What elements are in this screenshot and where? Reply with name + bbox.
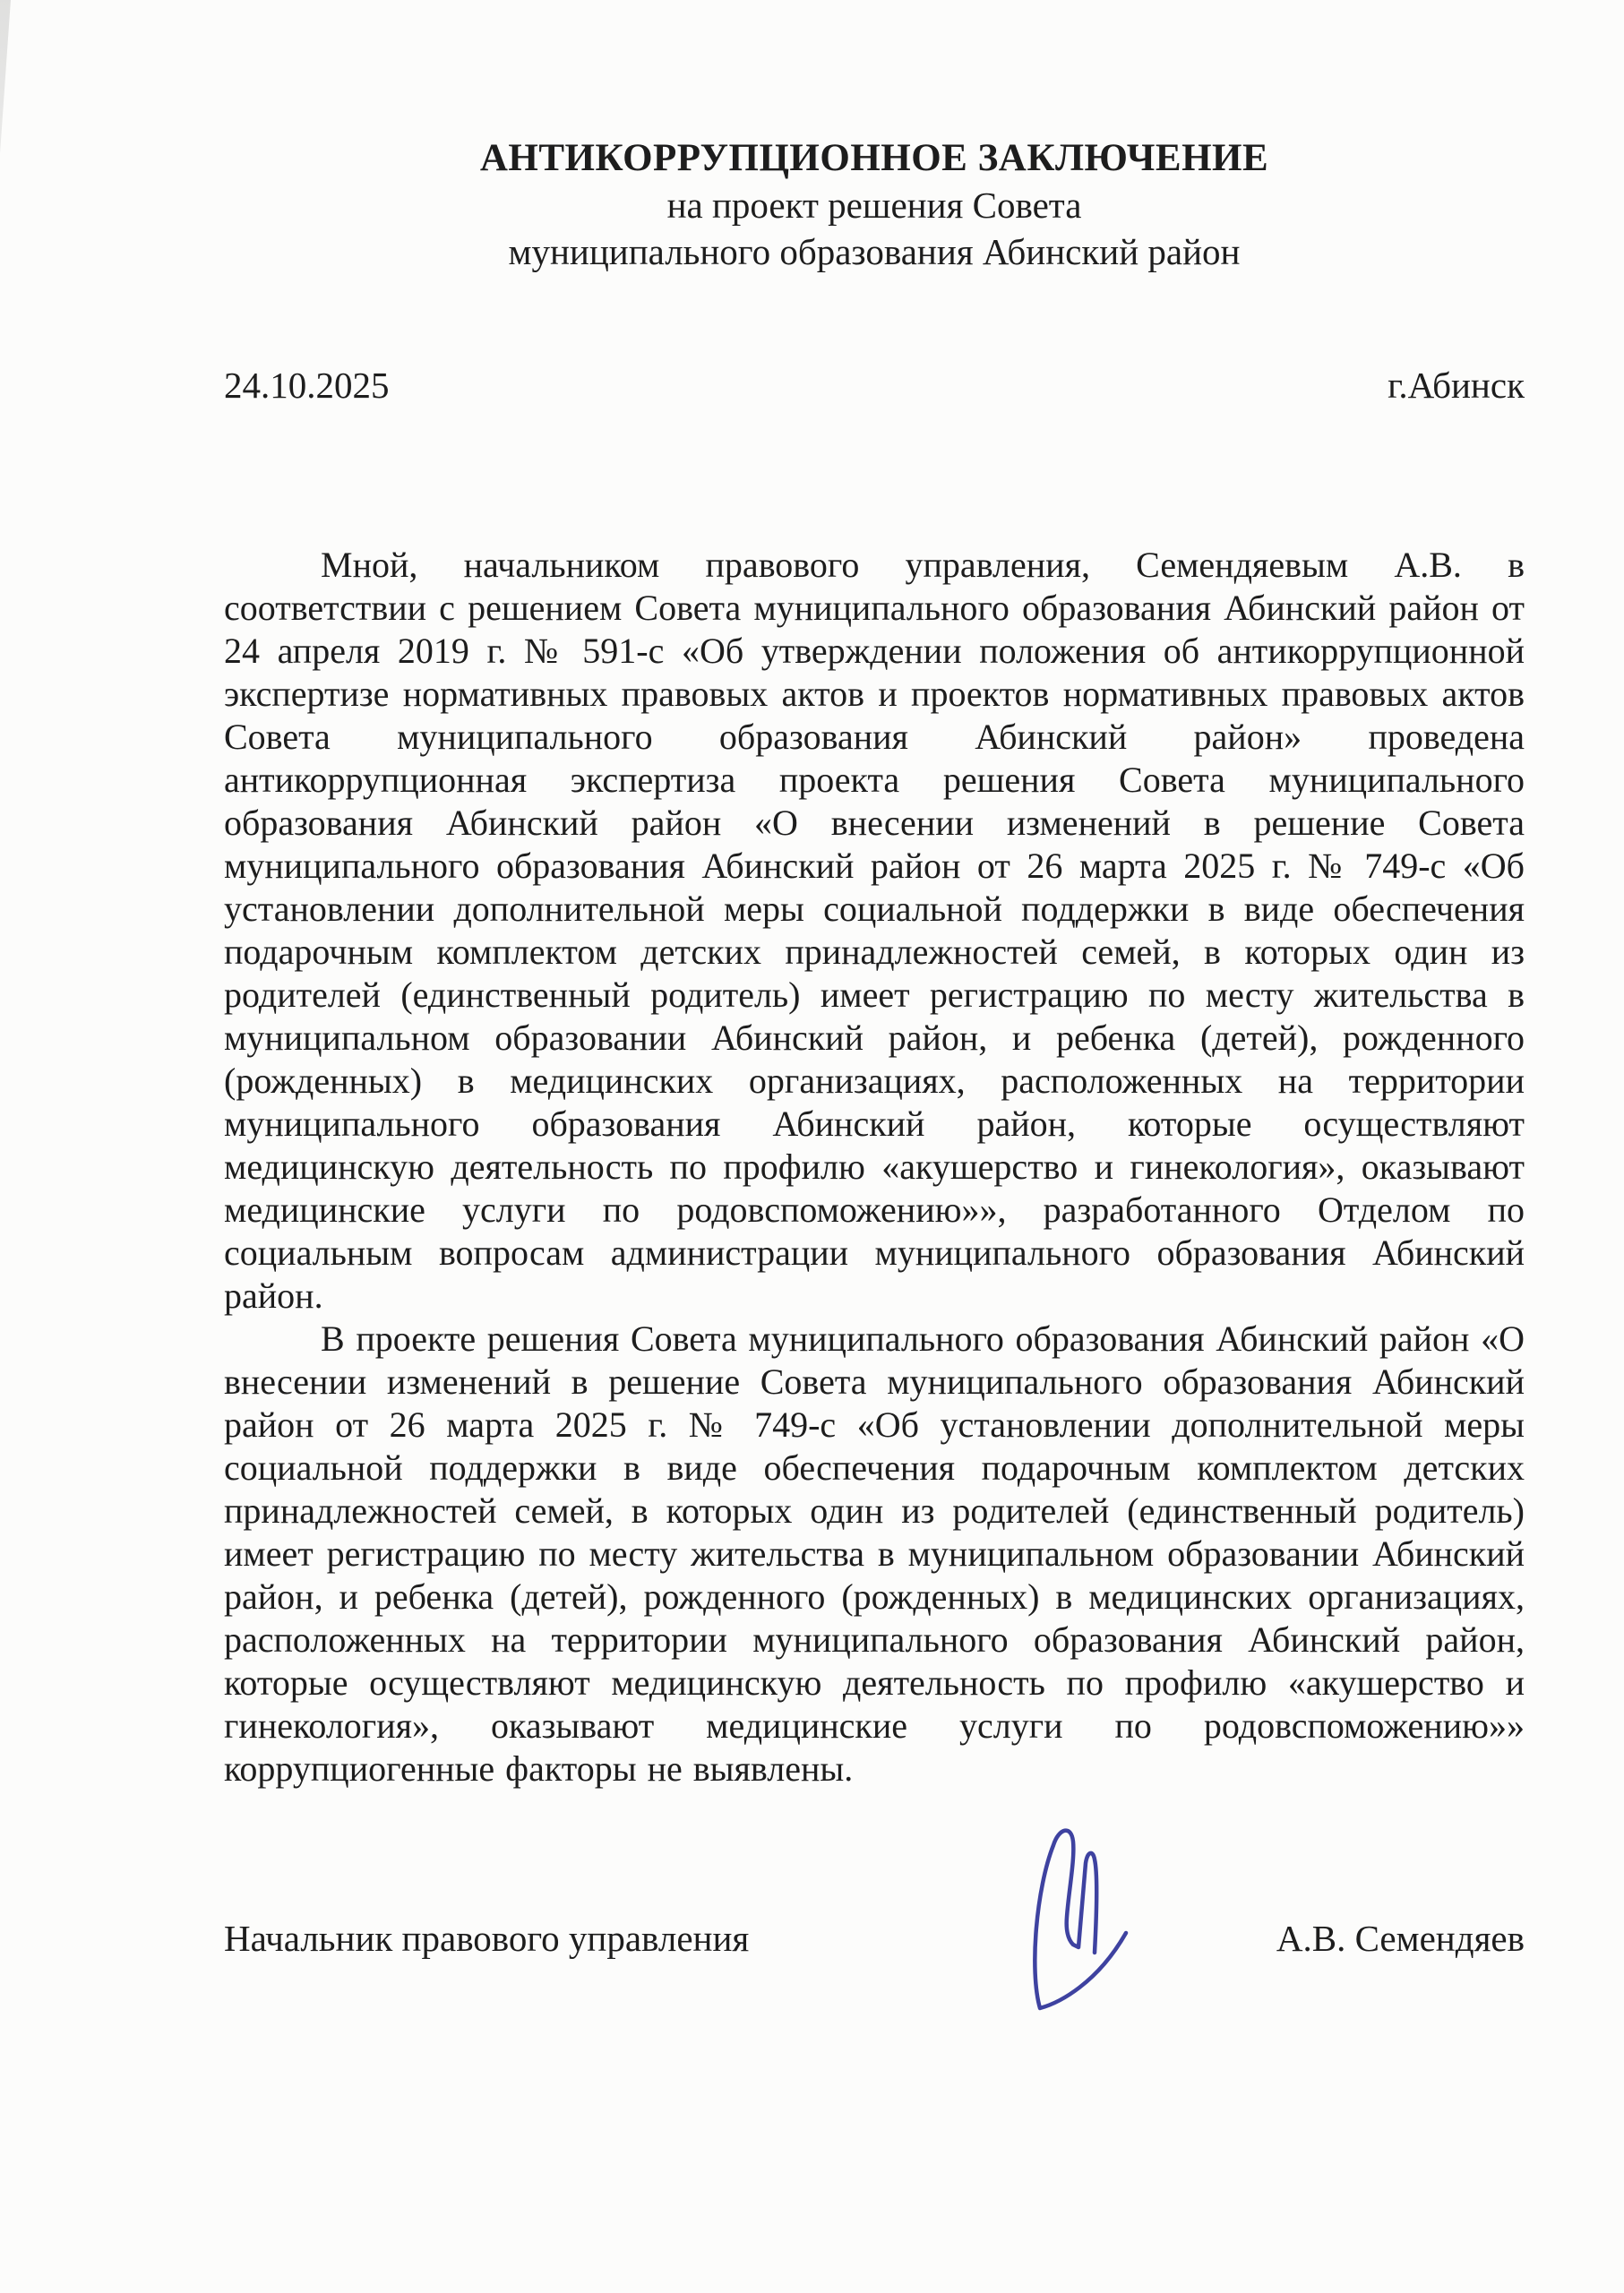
doc-place: г.Абинск — [1388, 364, 1525, 407]
doc-date: 24.10.2025 — [224, 364, 390, 407]
body-paragraph: В проекте решения Совета муниципального … — [224, 1318, 1525, 1791]
doc-title-line3: муниципального образования Абинский райо… — [224, 228, 1525, 275]
document-page: АНТИКОРРУПЦИОННОЕ ЗАКЛЮЧЕНИЕ на проект р… — [0, 0, 1624, 2293]
signature-row: Начальник правового управления А.В. Семе… — [224, 1917, 1525, 1960]
body-paragraph: Мной, начальником правового управления, … — [224, 544, 1525, 1318]
doc-title-line1: АНТИКОРРУПЦИОННОЕ ЗАКЛЮЧЕНИЕ — [224, 135, 1525, 182]
doc-title-line2: на проект решения Совета — [224, 182, 1525, 228]
signatory-position: Начальник правового управления — [224, 1917, 749, 1960]
signatory-name: А.В. Семендяев — [1276, 1917, 1525, 1960]
doc-title: АНТИКОРРУПЦИОННОЕ ЗАКЛЮЧЕНИЕ на проект р… — [224, 135, 1525, 275]
date-place-row: 24.10.2025 г.Абинск — [224, 364, 1525, 407]
scan-edge-artifact — [0, 0, 13, 440]
doc-body: Мной, начальником правового управления, … — [224, 544, 1525, 1791]
